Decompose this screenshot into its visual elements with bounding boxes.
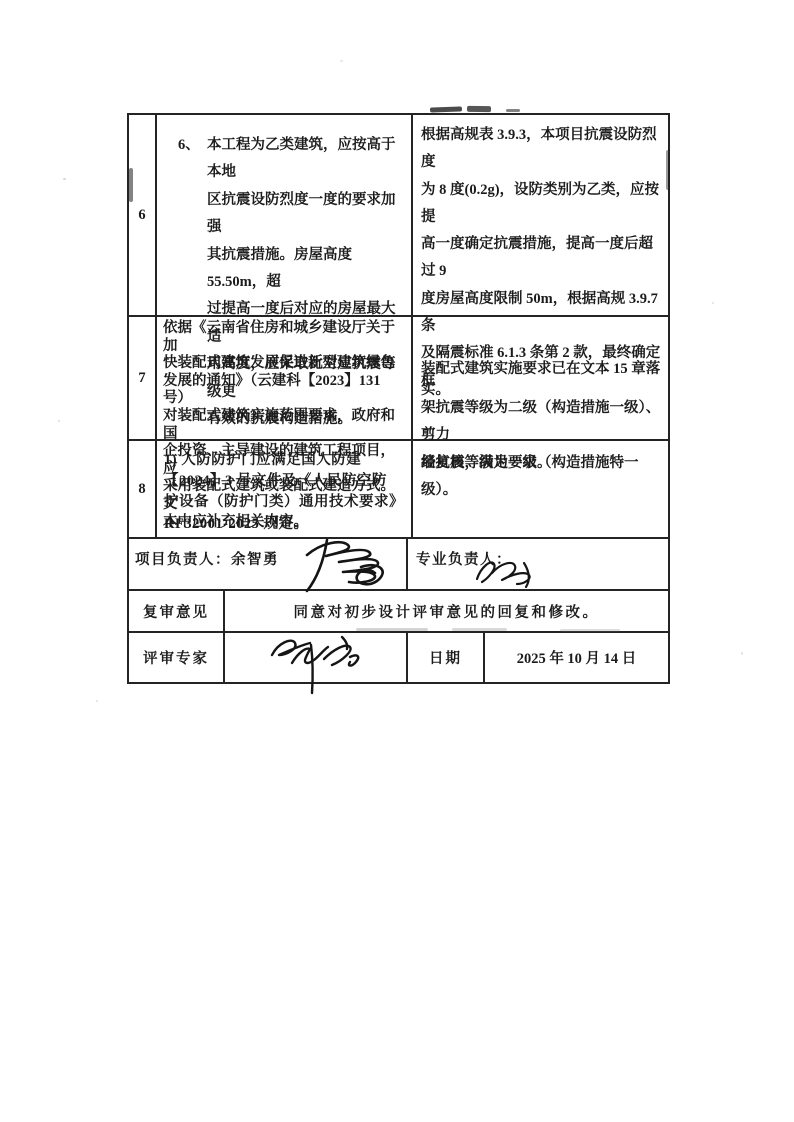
- specialty-manager-cell: 专业负责人：: [408, 539, 668, 589]
- project-manager-cell: 项目负责人：余智勇: [129, 539, 408, 589]
- project-manager-name: 余智勇: [231, 552, 279, 568]
- table-row-8: 8 1) 人防防护门应满足国人防建 【2024】3 号文件及《人民防空防 护设备…: [129, 441, 668, 539]
- re-review-opinion-row: 复审意见 同意对初步设计评审意见的回复和修改。: [129, 591, 668, 633]
- scanned-document-page: 6 6、 本工程为乙类建筑，应按高于本地 区抗震设防烈度一度的要求加强 其抗震措…: [0, 0, 794, 1122]
- scan-speck: [340, 60, 343, 62]
- row-number: 6: [138, 207, 145, 224]
- row-number-cell: 7: [129, 317, 157, 439]
- scan-artifact: [430, 106, 462, 112]
- row-number: 7: [138, 370, 145, 387]
- re-review-content-cell: 同意对初步设计评审意见的回复和修改。: [225, 591, 668, 631]
- scan-artifact: [452, 628, 507, 631]
- response-text: 经复核，满足要求。: [421, 451, 668, 472]
- review-expert-label: 评审专家: [143, 647, 209, 668]
- scan-speck: [63, 178, 66, 180]
- scan-artifact: [506, 109, 520, 112]
- date-label: 日期: [429, 647, 462, 668]
- response-cell: 根据高规表 3.9.3，本项目抗震设防烈度 为 8 度(0.2g)，设防类别为乙…: [413, 115, 668, 315]
- responsible-persons-row: 项目负责人：余智勇 专业负责人：: [129, 539, 668, 591]
- date-value-cell: 2025 年 10 月 14 日: [485, 633, 668, 682]
- issue-list-marker: 6、: [178, 132, 200, 159]
- scan-artifact: [356, 628, 428, 631]
- review-expert-label-cell: 评审专家: [129, 633, 225, 682]
- issue-cell: 6、 本工程为乙类建筑，应按高于本地 区抗震设防烈度一度的要求加强 其抗震措施。…: [157, 115, 413, 315]
- date-label-cell: 日期: [408, 633, 485, 682]
- scan-speck: [96, 700, 98, 702]
- response-text: 装配式建筑实施要求已在文本 15 章落实。: [421, 357, 668, 399]
- project-manager-label: 项目负责人：: [135, 552, 231, 568]
- row-number-cell: 6: [129, 115, 157, 315]
- issue-cell: 1) 人防防护门应满足国人防建 【2024】3 号文件及《人民防空防 护设备（防…: [157, 441, 413, 537]
- scan-artifact: [666, 150, 670, 190]
- review-expert-signature-cell: [225, 633, 408, 682]
- response-cell: 装配式建筑实施要求已在文本 15 章落实。: [413, 317, 668, 439]
- row-number: 8: [138, 481, 145, 498]
- scan-speck: [712, 302, 714, 304]
- review-comments-table: 6 6、 本工程为乙类建筑，应按高于本地 区抗震设防烈度一度的要求加强 其抗震措…: [127, 113, 670, 684]
- scan-artifact: [560, 629, 620, 632]
- date-value: 2025 年 10 月 14 日: [517, 647, 637, 668]
- specialty-manager-label: 专业负责人：: [416, 552, 512, 568]
- scan-artifact: [129, 168, 133, 202]
- response-cell: 经复核，满足要求。: [413, 441, 668, 537]
- review-expert-row: 评审专家 日期 2025 年 10 月 14 日: [129, 633, 668, 682]
- scan-speck: [58, 420, 60, 422]
- re-review-content: 同意对初步设计评审意见的回复和修改。: [294, 601, 600, 622]
- issue-text: 1) 人防防护门应满足国人防建 【2024】3 号文件及《人民防空防 护设备（防…: [164, 450, 408, 535]
- issue-text: 本工程为乙类建筑，应按高于本地 区抗震设防烈度一度的要求加强 其抗震措施。房屋高…: [207, 132, 407, 433]
- scan-speck: [741, 652, 743, 655]
- row-number-cell: 8: [129, 441, 157, 537]
- table-row-6: 6 6、 本工程为乙类建筑，应按高于本地 区抗震设防烈度一度的要求加强 其抗震措…: [129, 115, 668, 317]
- re-review-label: 复审意见: [143, 601, 209, 622]
- scan-artifact: [467, 106, 491, 112]
- re-review-label-cell: 复审意见: [129, 591, 225, 631]
